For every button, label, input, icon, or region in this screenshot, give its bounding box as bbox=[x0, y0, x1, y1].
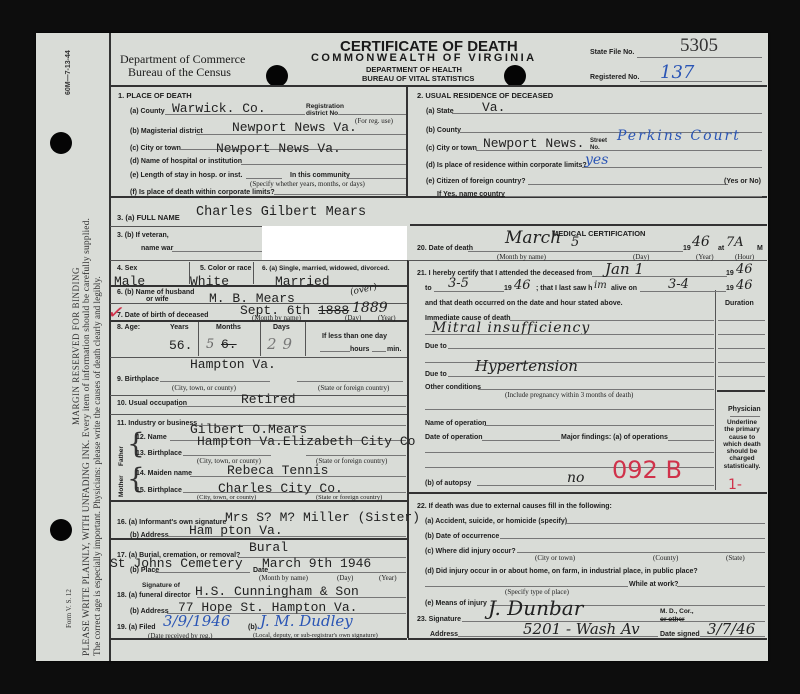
medical-cert-heading: MEDICAL CERTIFICATION bbox=[552, 229, 645, 238]
pregnancy-note: (Include pregnancy within 3 months of de… bbox=[505, 391, 633, 399]
informant-address-label: (b) Address bbox=[130, 532, 169, 539]
physician-label: Physician bbox=[728, 406, 761, 413]
form-code: 60M—7-13-44 bbox=[65, 50, 72, 95]
date-signed-value: 3/7/46 bbox=[707, 620, 755, 638]
injury-state-note: (State) bbox=[726, 554, 745, 562]
physician-signature: J. Dunbar bbox=[488, 596, 583, 620]
hour-note: (Hour) bbox=[735, 253, 754, 261]
months-label: Months bbox=[216, 324, 241, 331]
year-note: (Year) bbox=[696, 253, 714, 261]
due-to-label-1: Due to bbox=[425, 343, 447, 350]
state-file-label: State File No. bbox=[590, 49, 634, 56]
operation-label: Name of operation bbox=[425, 420, 486, 427]
other-conditions-label: Other conditions bbox=[425, 384, 481, 391]
birthplace-value: Hampton Va. bbox=[190, 357, 276, 372]
header-divider bbox=[110, 85, 767, 87]
birth-state-note: (State or foreign country) bbox=[318, 384, 389, 392]
father-birthplace-label: 13. Birthplace bbox=[136, 450, 182, 457]
state-file-number: 5305 bbox=[680, 35, 718, 57]
burial-date-value: March 9th 1946 bbox=[262, 556, 371, 571]
date-of-death-hour: 7A bbox=[726, 235, 744, 250]
dept-health: DEPARTMENT OF HEALTH bbox=[366, 65, 462, 74]
injury-city-note: (City or town) bbox=[535, 554, 575, 562]
dob-label: 7. Date of birth of deceased bbox=[117, 312, 208, 319]
birthplace-label: 9. Birthplace bbox=[117, 376, 159, 383]
days-label: Days bbox=[273, 324, 290, 331]
hours-label: hours bbox=[350, 346, 369, 353]
father-tag: Father bbox=[118, 446, 125, 466]
mother-tag: Mother bbox=[118, 475, 125, 497]
years-label: Years bbox=[170, 324, 189, 331]
res-county-label: (b) County bbox=[426, 127, 461, 134]
bureau-vital-stats: BUREAU OF VITAL STATISTICS bbox=[362, 74, 474, 83]
alive-year: 46 bbox=[736, 278, 753, 293]
mother-state-note: (State or foreign country) bbox=[316, 494, 382, 501]
occupation-value: Retired bbox=[241, 392, 296, 407]
attended-year-prefix: 19 bbox=[726, 270, 734, 277]
duration-label: Duration bbox=[725, 300, 754, 307]
alive-on-value: 3-4 bbox=[668, 277, 689, 292]
foreign-country-label: If Yes, name country bbox=[437, 191, 505, 198]
column-divider-main bbox=[407, 260, 409, 638]
place-type-note: (Specify type of place) bbox=[505, 588, 569, 596]
res-corporate-value: yes bbox=[585, 152, 608, 168]
veteran-war-label: name war bbox=[141, 245, 173, 252]
city-value: Newport News Va. bbox=[216, 141, 341, 156]
age-months-value: 5 bbox=[206, 337, 214, 352]
stay-label: (e) Length of stay in hosp. or inst. bbox=[130, 172, 242, 179]
punch-hole bbox=[50, 519, 72, 541]
punch-hole bbox=[50, 132, 72, 154]
dob-year-note: (Year) bbox=[378, 314, 396, 322]
external-causes-heading: 22. If death was due to external causes … bbox=[417, 503, 612, 510]
physician-address: 5201 - Wash Av bbox=[523, 620, 640, 638]
age-months-struck: 6. bbox=[221, 337, 237, 352]
while-at-work-label: While at work? bbox=[629, 581, 678, 588]
reg-use-note: (For reg. use) bbox=[355, 117, 393, 125]
specify-note: (Specify whether years, months, or days) bbox=[250, 180, 365, 188]
county-value: Warwick. Co. bbox=[172, 101, 266, 116]
spouse-label-2: or wife bbox=[146, 296, 169, 303]
margin-reserved: MARGIN RESERVED FOR BINDING bbox=[71, 267, 81, 425]
punch-hole bbox=[266, 65, 288, 87]
occurred-text: and that death occurred on the date and … bbox=[425, 300, 623, 307]
birth-city-note: (City, town, or county) bbox=[172, 384, 236, 392]
registrar-signature: J. M. Dudley bbox=[260, 612, 353, 630]
hospital-label: (d) Name of hospital or institution bbox=[130, 158, 242, 165]
date-signed-label: Date signed bbox=[660, 631, 700, 638]
veteran-label: 3. (b) If veteran, bbox=[117, 232, 169, 239]
citizen-label: (e) Citizen of foreign country? bbox=[426, 178, 526, 185]
autopsy-label: (b) of autopsy bbox=[425, 480, 471, 487]
marital-label: 6. (a) Single, married, widowed, divorce… bbox=[262, 265, 390, 272]
form-number: Form V. S. 12 bbox=[65, 589, 73, 628]
means-of-injury-label: (e) Means of injury bbox=[425, 600, 487, 607]
dod-m: M bbox=[757, 245, 763, 252]
injury-place-label: (d) Did injury occur in or about home, o… bbox=[425, 568, 698, 575]
last-saw-pronoun: im bbox=[594, 280, 607, 291]
statistical-code: 092 B bbox=[612, 456, 682, 484]
father-birthplace-value: Hampton Va.Elizabeth City Co bbox=[197, 434, 415, 449]
burial-year-note: (Year) bbox=[379, 574, 397, 582]
min-label: min. bbox=[387, 346, 401, 353]
funeral-director-label: 18. (a) funeral director bbox=[117, 592, 191, 599]
month-note: (Month by name) bbox=[497, 253, 546, 261]
major-findings-label: Major findings: (a) of operations bbox=[561, 434, 668, 441]
industry-label: 11. Industry or business bbox=[117, 420, 197, 427]
registered-number: 137 bbox=[660, 62, 694, 83]
burial-month-note: (Month by name) bbox=[259, 574, 308, 582]
attended-label: 21. I hereby certify that I attended the… bbox=[417, 270, 592, 277]
father-name-label: 12. Name bbox=[136, 434, 167, 441]
res-state-value: Va. bbox=[482, 100, 505, 115]
physician-sig-label: 23. Signature bbox=[417, 616, 461, 623]
informant-address-value: Ham pton Va. bbox=[189, 523, 283, 538]
attended-to-year: 46 bbox=[514, 278, 531, 293]
last-saw-label: ; that I last saw h bbox=[536, 285, 592, 292]
county-label: (a) County bbox=[130, 108, 165, 115]
filed-value: 3/9/1946 bbox=[163, 612, 230, 630]
underline-note: Underline the primary cause to which dea… bbox=[722, 419, 762, 470]
date-of-death-month: March bbox=[505, 228, 561, 248]
column-divider-top bbox=[406, 86, 408, 196]
city-label: (c) City or town bbox=[130, 145, 181, 152]
street-value: Perkins Court bbox=[617, 128, 741, 144]
sex-label: 4. Sex bbox=[117, 265, 137, 272]
registered-label: Registered No. bbox=[590, 74, 639, 81]
attended-from-year: 46 bbox=[736, 262, 753, 277]
occurrence-date-label: (b) Date of occurrence bbox=[425, 533, 499, 540]
res-state-label: (a) State bbox=[426, 108, 454, 115]
community-label: In this community bbox=[290, 172, 350, 179]
mother-name-value: Rebeca Tennis bbox=[227, 463, 328, 478]
due-to-label-2: Due to bbox=[425, 371, 447, 378]
res-corporate-label: (d) Is place of residence within corpora… bbox=[426, 162, 587, 169]
op-date-label: Date of operation bbox=[425, 434, 483, 441]
spouse-label: 6. (b) Name of husband bbox=[117, 289, 194, 296]
injury-county-note: (County) bbox=[653, 554, 678, 562]
instruction-line-1: PLEASE WRITE PLAINLY, WITH UNFADING INK.… bbox=[81, 218, 92, 656]
md-label: M. D., Cor., bbox=[660, 608, 694, 615]
registrar-note: (Local, deputy, or sub-registrar's own s… bbox=[253, 632, 378, 639]
marital-value: Married bbox=[275, 274, 330, 289]
attended-to: 3-5 bbox=[448, 276, 469, 291]
attended-from: Jan 1 bbox=[605, 260, 644, 278]
full-name-value: Charles Gilbert Mears bbox=[196, 205, 366, 220]
magisterial-label: (b) Magisterial district bbox=[130, 128, 203, 135]
physician-address-label: Address bbox=[430, 631, 458, 638]
dod-year-prefix: 19 bbox=[683, 245, 691, 252]
res-city-label: (c) City or town bbox=[426, 145, 477, 152]
place-of-death-heading: 1. PLACE OF DEATH bbox=[118, 91, 192, 100]
autopsy-value: no bbox=[567, 470, 584, 486]
injury-location-label: (c) Where did injury occur? bbox=[425, 548, 516, 555]
magisterial-value: Newport News Va. bbox=[232, 120, 357, 135]
age-days-value: 29 bbox=[267, 335, 298, 353]
redacted-area bbox=[262, 226, 407, 260]
burial-day-note: (Day) bbox=[337, 574, 353, 582]
race-value: White bbox=[190, 274, 229, 289]
death-corporate-label: (f) Is place of death within corporate l… bbox=[130, 189, 275, 196]
age-years-value: 56. bbox=[169, 338, 192, 353]
date-of-death-year: 46 bbox=[692, 234, 710, 250]
street-label: Street No. bbox=[590, 138, 606, 152]
residence-heading: 2. USUAL RESIDENCE OF DECEASED bbox=[417, 91, 553, 100]
mother-name-label: 14. Maiden name bbox=[136, 470, 192, 477]
to-label: to bbox=[425, 285, 432, 292]
date-of-death-day: 5 bbox=[571, 235, 579, 250]
commonwealth-title: COMMONWEALTH OF VIRGINIA bbox=[311, 52, 536, 64]
race-label: 5. Color or race bbox=[200, 265, 251, 272]
funeral-sig-top: Signature of bbox=[142, 582, 180, 589]
date-of-death-label: 20. Date of death bbox=[417, 245, 473, 252]
funeral-director-value: H.S. Cunningham & Son bbox=[195, 584, 359, 599]
dob-day-note: (Day) bbox=[345, 314, 361, 322]
filed-note: (Date received by reg.) bbox=[148, 632, 213, 640]
mother-city-note: (City, town, or county) bbox=[197, 494, 256, 501]
alive-year-prefix: 19 bbox=[726, 285, 734, 292]
filed-label: 19. (a) Filed bbox=[117, 624, 156, 631]
punch-hole bbox=[504, 65, 526, 87]
less-than-day-label: If less than one day bbox=[322, 333, 387, 340]
due-to-2-value: Hypertension bbox=[475, 357, 578, 375]
instruction-line-2: The correct age is especially important.… bbox=[92, 276, 102, 656]
registrar-label: (b) bbox=[248, 624, 257, 631]
burial-type-value: Bural bbox=[249, 540, 288, 555]
dob-month-note: (Month by name) bbox=[252, 314, 301, 322]
to-year-prefix: 19 bbox=[504, 285, 512, 292]
full-name-label: 3. (a) FULL NAME bbox=[117, 213, 180, 222]
yes-no-note: (Yes or No) bbox=[724, 178, 761, 185]
alive-on-label: alive on bbox=[611, 285, 637, 292]
accident-label: (a) Accident, suicide, or homicide (spec… bbox=[425, 518, 567, 525]
sex-value: Male bbox=[114, 274, 145, 289]
bureau-census: Bureau of the Census bbox=[128, 65, 231, 80]
occupation-label: 10. Usual occupation bbox=[117, 400, 187, 407]
res-city-value: Newport News. bbox=[483, 136, 584, 151]
mother-birthplace-label: 15. Birthplace bbox=[136, 487, 182, 494]
statistical-mark: 1- bbox=[728, 477, 742, 493]
dod-at: at bbox=[718, 245, 724, 252]
